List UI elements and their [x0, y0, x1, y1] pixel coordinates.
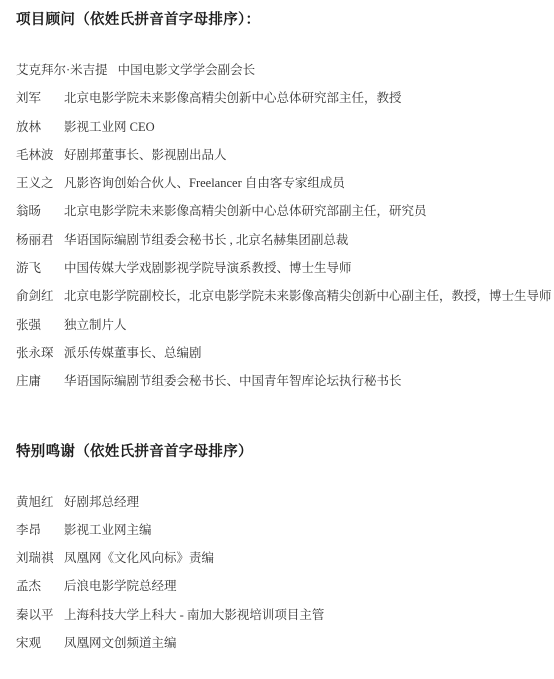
credit-row: 艾克拜尔·米吉提中国电影文学学会副会长 — [16, 56, 544, 84]
person-role: 好剧邦总经理 — [64, 488, 139, 516]
credit-row: 游飞中国传媒大学戏剧影视学院导演系教授、博士生导师 — [16, 254, 544, 282]
person-role: 好剧邦董事长、影视剧出品人 — [64, 141, 227, 169]
credit-row: 放林影视工业网 CEO — [16, 113, 544, 141]
person-name: 宋观 — [16, 629, 64, 657]
credit-row: 黄旭红好剧邦总经理 — [16, 488, 544, 516]
credits-page: 项目顾问（依姓氏拼音首字母排序）：艾克拜尔·米吉提中国电影文学学会副会长刘军北京… — [0, 0, 554, 657]
person-role: 凡影咨询创始合伙人、Freelancer 自由客专家组成员 — [64, 169, 345, 197]
credit-row: 毛林波好剧邦董事长、影视剧出品人 — [16, 141, 544, 169]
person-name: 游飞 — [16, 254, 64, 282]
credit-row: 宋观凤凰网文创频道主编 — [16, 629, 544, 657]
person-role: 派乐传媒董事长、总编剧 — [64, 339, 202, 367]
person-name: 张永琛 — [16, 339, 64, 367]
person-name: 孟杰 — [16, 572, 64, 600]
credits-section: 项目顾问（依姓氏拼音首字母排序）：艾克拜尔·米吉提中国电影文学学会副会长刘军北京… — [16, 11, 544, 396]
person-name: 秦以平 — [16, 601, 64, 629]
person-name: 黄旭红 — [16, 488, 64, 516]
person-role: 华语国际编剧节组委会秘书长 , 北京名赫集团副总裁 — [64, 226, 348, 254]
credit-row: 李昂影视工业网主编 — [16, 516, 544, 544]
person-name: 王义之 — [16, 169, 64, 197]
person-name: 俞剑红 — [16, 282, 64, 310]
person-name: 翁旸 — [16, 197, 64, 225]
credit-row: 王义之凡影咨询创始合伙人、Freelancer 自由客专家组成员 — [16, 169, 544, 197]
section-title: 特别鸣谢（依姓氏拼音首字母排序） — [16, 443, 544, 461]
credit-row: 张强独立制片人 — [16, 311, 544, 339]
credit-row: 刘军北京电影学院未来影像高精尖创新中心总体研究部主任，教授 — [16, 84, 544, 112]
person-role: 北京电影学院未来影像高精尖创新中心总体研究部主任，教授 — [64, 84, 402, 112]
credits-section: 特别鸣谢（依姓氏拼音首字母排序）黄旭红好剧邦总经理李昂影视工业网主编刘瑞祺凤凰网… — [16, 443, 544, 658]
person-name: 刘瑞祺 — [16, 544, 64, 572]
credit-row: 杨丽君华语国际编剧节组委会秘书长 , 北京名赫集团副总裁 — [16, 226, 544, 254]
person-role: 凤凰网《文化风向标》责编 — [64, 544, 214, 572]
person-name: 刘军 — [16, 84, 64, 112]
credit-row: 翁旸北京电影学院未来影像高精尖创新中心总体研究部副主任，研究员 — [16, 197, 544, 225]
person-name: 艾克拜尔·米吉提 — [16, 56, 118, 84]
credits-list: 黄旭红好剧邦总经理李昂影视工业网主编刘瑞祺凤凰网《文化风向标》责编孟杰后浪电影学… — [16, 488, 544, 658]
credits-list: 艾克拜尔·米吉提中国电影文学学会副会长刘军北京电影学院未来影像高精尖创新中心总体… — [16, 56, 544, 396]
credit-row: 张永琛派乐传媒董事长、总编剧 — [16, 339, 544, 367]
person-role: 凤凰网文创频道主编 — [64, 629, 177, 657]
credit-row: 俞剑红北京电影学院副校长，北京电影学院未来影像高精尖创新中心副主任，教授，博士生… — [16, 282, 544, 310]
credit-row: 孟杰后浪电影学院总经理 — [16, 572, 544, 600]
sections-root: 项目顾问（依姓氏拼音首字母排序）：艾克拜尔·米吉提中国电影文学学会副会长刘军北京… — [16, 11, 544, 657]
person-role: 北京电影学院未来影像高精尖创新中心总体研究部副主任，研究员 — [64, 197, 427, 225]
person-role: 影视工业网主编 — [64, 516, 152, 544]
person-role: 影视工业网 CEO — [64, 113, 155, 141]
person-name: 张强 — [16, 311, 64, 339]
person-name: 毛林波 — [16, 141, 64, 169]
person-role: 中国电影文学学会副会长 — [118, 56, 256, 84]
person-role: 上海科技大学上科大 - 南加大影视培训项目主管 — [64, 601, 324, 629]
credit-row: 庄庸华语国际编剧节组委会秘书长、中国青年智库论坛执行秘书长 — [16, 367, 544, 395]
credit-row: 秦以平上海科技大学上科大 - 南加大影视培训项目主管 — [16, 601, 544, 629]
section-title: 项目顾问（依姓氏拼音首字母排序）： — [16, 11, 544, 29]
person-role: 中国传媒大学戏剧影视学院导演系教授、博士生导师 — [64, 254, 352, 282]
person-name: 放林 — [16, 113, 64, 141]
person-name: 李昂 — [16, 516, 64, 544]
person-role: 独立制片人 — [64, 311, 127, 339]
person-name: 庄庸 — [16, 367, 64, 395]
person-role: 后浪电影学院总经理 — [64, 572, 177, 600]
credit-row: 刘瑞祺凤凰网《文化风向标》责编 — [16, 544, 544, 572]
person-role: 华语国际编剧节组委会秘书长、中国青年智库论坛执行秘书长 — [64, 367, 402, 395]
person-name: 杨丽君 — [16, 226, 64, 254]
person-role: 北京电影学院副校长，北京电影学院未来影像高精尖创新中心副主任，教授，博士生导师 — [64, 282, 552, 310]
